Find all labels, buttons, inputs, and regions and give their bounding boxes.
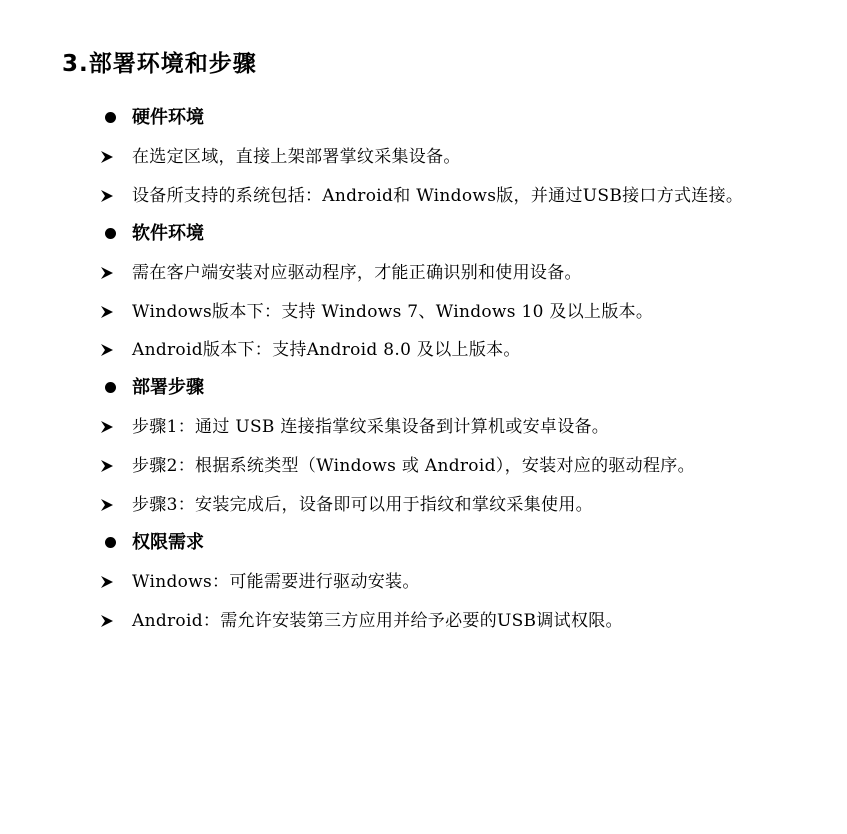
list-item-text: Android版本下：支持Android 8.0 及以上版本。 xyxy=(132,335,521,365)
bullet-dot-icon xyxy=(105,537,116,548)
list-item-text: Windows版本下：支持 Windows 7、Windows 10 及以上版本… xyxy=(132,297,653,327)
heading-text: 部署步骤 xyxy=(132,373,204,403)
arrow-bullet-icon xyxy=(100,459,114,473)
arrow-bullet-icon xyxy=(100,498,114,512)
arrow-bullet-icon xyxy=(100,305,114,319)
list-item-text: 步骤2：根据系统类型（Windows 或 Android），安装对应的驱动程序。 xyxy=(132,451,695,481)
heading-text: 硬件环境 xyxy=(132,103,204,133)
section-title: 3.部署环境和步骤 xyxy=(62,48,257,80)
arrow-bullet-icon xyxy=(100,614,114,628)
arrow-bullet-icon xyxy=(100,266,114,280)
arrow-bullet-icon xyxy=(100,189,114,203)
arrow-bullet-icon xyxy=(100,150,114,164)
list-item-text: 需在客户端安装对应驱动程序，才能正确识别和使用设备。 xyxy=(132,258,582,288)
list-item-text: 步骤3：安装完成后，设备即可以用于指纹和掌纹采集使用。 xyxy=(132,490,593,520)
list-item-text: 在选定区域，直接上架部署掌纹采集设备。 xyxy=(132,142,461,172)
list-item-text: 步骤1：通过 USB 连接指掌纹采集设备到计算机或安卓设备。 xyxy=(132,412,609,442)
list-item-text: Android：需允许安装第三方应用并给予必要的USB调试权限。 xyxy=(132,606,623,636)
arrow-bullet-icon xyxy=(100,420,114,434)
list-item-text: Windows：可能需要进行驱动安装。 xyxy=(132,567,420,597)
arrow-bullet-icon xyxy=(100,343,114,357)
bullet-dot-icon xyxy=(105,382,116,393)
heading-text: 权限需求 xyxy=(132,528,204,558)
list-item-text: 设备所支持的系统包括：Android和 Windows版，并通过USB接口方式连… xyxy=(132,181,743,211)
arrow-bullet-icon xyxy=(100,575,114,589)
heading-text: 软件环境 xyxy=(132,219,204,249)
bullet-dot-icon xyxy=(105,112,116,123)
document-page: 3.部署环境和步骤 硬件环境 在选定区域，直接上架部署掌纹采集设备。 设备所支持… xyxy=(0,0,847,834)
bullet-dot-icon xyxy=(105,228,116,239)
